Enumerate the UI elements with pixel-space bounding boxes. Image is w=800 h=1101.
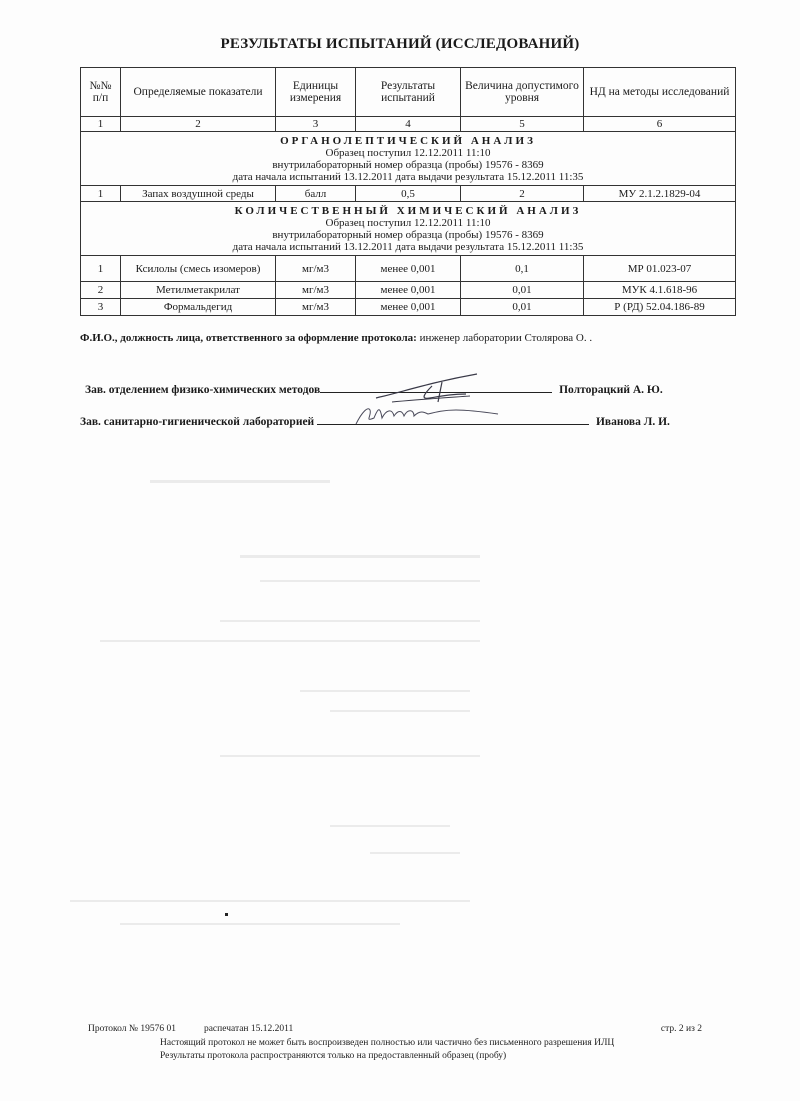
section-info: КОЛИЧЕСТВЕННЫЙ ХИМИЧЕСКИЙ АНАЛИЗ Образец… bbox=[81, 202, 736, 256]
handwritten-signature-2 bbox=[352, 402, 502, 428]
row-limit: 0,01 bbox=[461, 299, 584, 316]
header-result: Результаты испытаний bbox=[356, 68, 461, 117]
row-unit: мг/м3 bbox=[276, 256, 356, 282]
lab-number: внутрилабораторный номер образца (пробы)… bbox=[84, 159, 732, 171]
table-row: 1 Запах воздушной среды балл 0,5 2 МУ 2.… bbox=[81, 186, 736, 202]
document-title: РЕЗУЛЬТАТЫ ИСПЫТАНИЙ (ИССЛЕДОВАНИЙ) bbox=[0, 36, 800, 53]
section-title: ОРГАНОЛЕПТИЧЕСКИЙ АНАЛИЗ bbox=[84, 135, 732, 147]
row-num: 3 bbox=[81, 299, 121, 316]
responsible-label: Ф.И.О., должность лица, ответственного з… bbox=[80, 332, 417, 344]
sample-received: Образец поступил 12.12.2011 11:10 bbox=[84, 217, 732, 229]
header-num: №№ п/п bbox=[81, 68, 121, 117]
responsible-person: Ф.И.О., должность лица, ответственного з… bbox=[80, 332, 592, 344]
footer-protocol: Протокол № 19576 01распечатан 15.12.2011 bbox=[88, 1024, 293, 1034]
section-title: КОЛИЧЕСТВЕННЫЙ ХИМИЧЕСКИЙ АНАЛИЗ bbox=[84, 205, 732, 217]
row-unit: мг/м3 bbox=[276, 282, 356, 299]
table-row: 3 Формальдегид мг/м3 менее 0,001 0,01 Р … bbox=[81, 299, 736, 316]
col-number: 1 bbox=[81, 117, 121, 132]
signature-name: Полторацкий А. Ю. bbox=[559, 384, 663, 396]
results-table: №№ п/п Определяемые показатели Единицы и… bbox=[80, 67, 736, 316]
row-num: 1 bbox=[81, 186, 121, 202]
table-row: 2 Метилметакрилат мг/м3 менее 0,001 0,01… bbox=[81, 282, 736, 299]
header-method: НД на методы исследований bbox=[584, 68, 736, 117]
row-indicator: Метилметакрилат bbox=[121, 282, 276, 299]
row-unit: мг/м3 bbox=[276, 299, 356, 316]
row-indicator: Формальдегид bbox=[121, 299, 276, 316]
row-indicator: Запах воздушной среды bbox=[121, 186, 276, 202]
signature-role: Зав. санитарно-гигиенической лабораторие… bbox=[80, 416, 314, 428]
row-num: 1 bbox=[81, 256, 121, 282]
row-method: МУК 4.1.618-96 bbox=[584, 282, 736, 299]
row-method: МУ 2.1.2.1829-04 bbox=[584, 186, 736, 202]
col-number: 6 bbox=[584, 117, 736, 132]
row-unit: балл bbox=[276, 186, 356, 202]
row-limit: 0,1 bbox=[461, 256, 584, 282]
footer-note-2: Результаты протокола распространяются то… bbox=[160, 1051, 506, 1061]
printed-date: распечатан 15.12.2011 bbox=[204, 1024, 293, 1034]
row-result: 0,5 bbox=[356, 186, 461, 202]
col-number: 5 bbox=[461, 117, 584, 132]
header-unit: Единицы измерения bbox=[276, 68, 356, 117]
row-result: менее 0,001 bbox=[356, 299, 461, 316]
footer-note-1: Настоящий протокол не может быть воспрои… bbox=[160, 1038, 614, 1048]
responsible-value: инженер лаборатории Столярова О. . bbox=[420, 332, 593, 344]
section-organoleptic: ОРГАНОЛЕПТИЧЕСКИЙ АНАЛИЗ Образец поступи… bbox=[81, 132, 736, 186]
row-limit: 2 bbox=[461, 186, 584, 202]
col-number: 4 bbox=[356, 117, 461, 132]
row-num: 2 bbox=[81, 282, 121, 299]
handwritten-signature-1 bbox=[372, 372, 482, 406]
signature-role: Зав. отделением физико-химических методо… bbox=[85, 384, 320, 396]
header-indicator: Определяемые показатели bbox=[121, 68, 276, 117]
table-header-row: №№ п/п Определяемые показатели Единицы и… bbox=[81, 68, 736, 117]
row-indicator: Ксилолы (смесь изомеров) bbox=[121, 256, 276, 282]
row-method: Р (РД) 52.04.186-89 bbox=[584, 299, 736, 316]
row-result: менее 0,001 bbox=[356, 282, 461, 299]
test-dates: дата начала испытаний 13.12.2011 дата вы… bbox=[84, 171, 732, 183]
test-dates: дата начала испытаний 13.12.2011 дата вы… bbox=[84, 241, 732, 253]
page-number: стр. 2 из 2 bbox=[661, 1024, 702, 1034]
lab-number: внутрилабораторный номер образца (пробы)… bbox=[84, 229, 732, 241]
col-number: 3 bbox=[276, 117, 356, 132]
row-limit: 0,01 bbox=[461, 282, 584, 299]
section-info: ОРГАНОЛЕПТИЧЕСКИЙ АНАЛИЗ Образец поступи… bbox=[81, 132, 736, 186]
sample-received: Образец поступил 12.12.2011 11:10 bbox=[84, 147, 732, 159]
section-chemical: КОЛИЧЕСТВЕННЫЙ ХИМИЧЕСКИЙ АНАЛИЗ Образец… bbox=[81, 202, 736, 256]
row-result: менее 0,001 bbox=[356, 256, 461, 282]
header-limit: Величина допустимого уровня bbox=[461, 68, 584, 117]
row-method: МР 01.023-07 bbox=[584, 256, 736, 282]
table-row: 1 Ксилолы (смесь изомеров) мг/м3 менее 0… bbox=[81, 256, 736, 282]
col-number: 2 bbox=[121, 117, 276, 132]
signature-name: Иванова Л. И. bbox=[596, 416, 670, 428]
scan-show-through bbox=[0, 440, 800, 1000]
protocol-number: Протокол № 19576 01 bbox=[88, 1024, 176, 1034]
column-number-row: 1 2 3 4 5 6 bbox=[81, 117, 736, 132]
